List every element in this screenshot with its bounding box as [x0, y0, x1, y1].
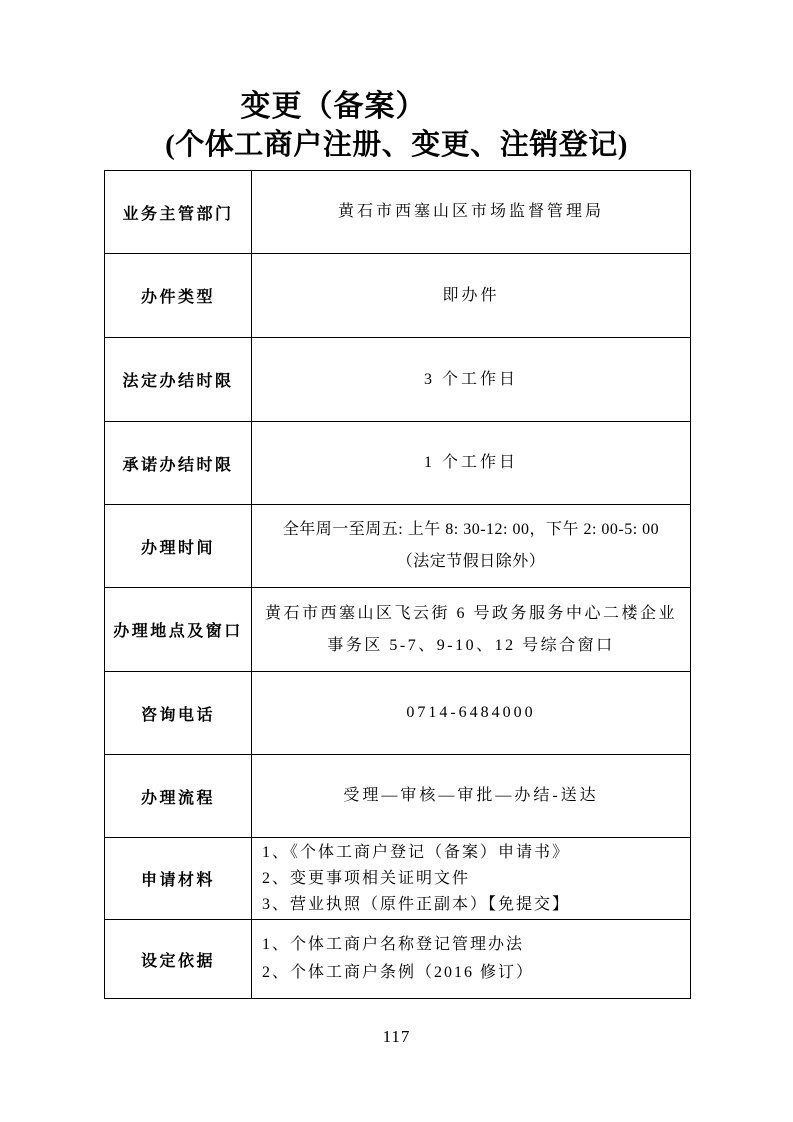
row-label: 法定办结时限	[105, 338, 252, 421]
row-content-line: 黄石市西塞山区飞云街 6 号政务服务中心二楼企业	[265, 598, 677, 630]
table-row: 设定依据1、个体工商户名称登记管理办法2、个体工商户条例（2016 修订）	[105, 919, 690, 998]
title-line-2: (个体工商户注册、变更、注销登记)	[0, 126, 793, 164]
row-content-line: 事务区 5-7、9-10、12 号综合窗口	[327, 630, 614, 662]
row-content: 1、《个体工商户登记（备案）申请书》2、变更事项相关证明文件3、营业执照（原件正…	[252, 838, 690, 919]
table-row: 承诺办结时限1 个工作日	[105, 421, 690, 504]
row-label: 承诺办结时限	[105, 422, 252, 504]
row-content-line: 1、个体工商户名称登记管理办法	[262, 931, 524, 959]
row-content: 黄石市西塞山区市场监督管理局	[252, 171, 690, 253]
title-line-1: 变更（备案）	[0, 88, 730, 126]
table-row: 业务主管部门黄石市西塞山区市场监督管理局	[105, 171, 690, 253]
table-row: 办理流程受理—审核—审批—办结-送达	[105, 754, 690, 837]
row-label: 办理流程	[105, 755, 252, 837]
row-content-line: 2、个体工商户条例（2016 修订）	[262, 959, 534, 987]
table-row: 办理地点及窗口黄石市西塞山区飞云街 6 号政务服务中心二楼企业事务区 5-7、9…	[105, 587, 690, 671]
row-content: 受理—审核—审批—办结-送达	[252, 755, 690, 837]
table-row: 申请材料1、《个体工商户登记（备案）申请书》2、变更事项相关证明文件3、营业执照…	[105, 837, 690, 919]
row-label: 申请材料	[105, 838, 252, 919]
row-label: 办理时间	[105, 505, 252, 587]
row-label: 办件类型	[105, 254, 252, 337]
row-content-line: 即办件	[442, 281, 499, 311]
row-content-line: （法定节假日除外）	[397, 546, 546, 578]
row-content: 全年周一至周五: 上午 8: 30-12: 00，下午 2: 00-5: 00（…	[252, 505, 690, 587]
row-content-line: 3、营业执照（原件正副本）【免提交】	[262, 892, 570, 918]
row-content-line: 受理—审核—审批—办结-送达	[343, 781, 598, 811]
row-content-line: 1 个工作日	[424, 448, 518, 478]
row-content-line: 2、变更事项相关证明文件	[262, 866, 470, 892]
row-label: 设定依据	[105, 920, 252, 998]
document-page: 变更（备案） (个体工商户注册、变更、注销登记) 业务主管部门黄石市西塞山区市场…	[0, 0, 793, 1122]
row-label: 咨询电话	[105, 672, 252, 754]
row-content-line: 全年周一至周五: 上午 8: 30-12: 00，下午 2: 00-5: 00	[283, 514, 659, 546]
row-content: 1 个工作日	[252, 422, 690, 504]
row-content-line: 0714-6484000	[406, 698, 535, 728]
row-label: 业务主管部门	[105, 171, 252, 253]
row-content: 1、个体工商户名称登记管理办法2、个体工商户条例（2016 修订）	[252, 920, 690, 998]
table-row: 咨询电话0714-6484000	[105, 671, 690, 754]
row-content-line: 3 个工作日	[424, 365, 518, 395]
row-content: 黄石市西塞山区飞云街 6 号政务服务中心二楼企业事务区 5-7、9-10、12 …	[252, 588, 690, 671]
table-row: 法定办结时限3 个工作日	[105, 337, 690, 421]
service-info-table: 业务主管部门黄石市西塞山区市场监督管理局办件类型即办件法定办结时限3 个工作日承…	[104, 170, 691, 999]
row-content: 即办件	[252, 254, 690, 337]
table-row: 办理时间全年周一至周五: 上午 8: 30-12: 00，下午 2: 00-5:…	[105, 504, 690, 587]
document-title: 变更（备案） (个体工商户注册、变更、注销登记)	[0, 88, 793, 164]
row-label: 办理地点及窗口	[105, 588, 252, 671]
table-row: 办件类型即办件	[105, 253, 690, 337]
row-content: 3 个工作日	[252, 338, 690, 421]
row-content: 0714-6484000	[252, 672, 690, 754]
row-content-line: 1、《个体工商户登记（备案）申请书》	[262, 840, 570, 866]
row-content-line: 黄石市西塞山区市场监督管理局	[338, 197, 604, 227]
page-number: 117	[0, 1027, 793, 1047]
